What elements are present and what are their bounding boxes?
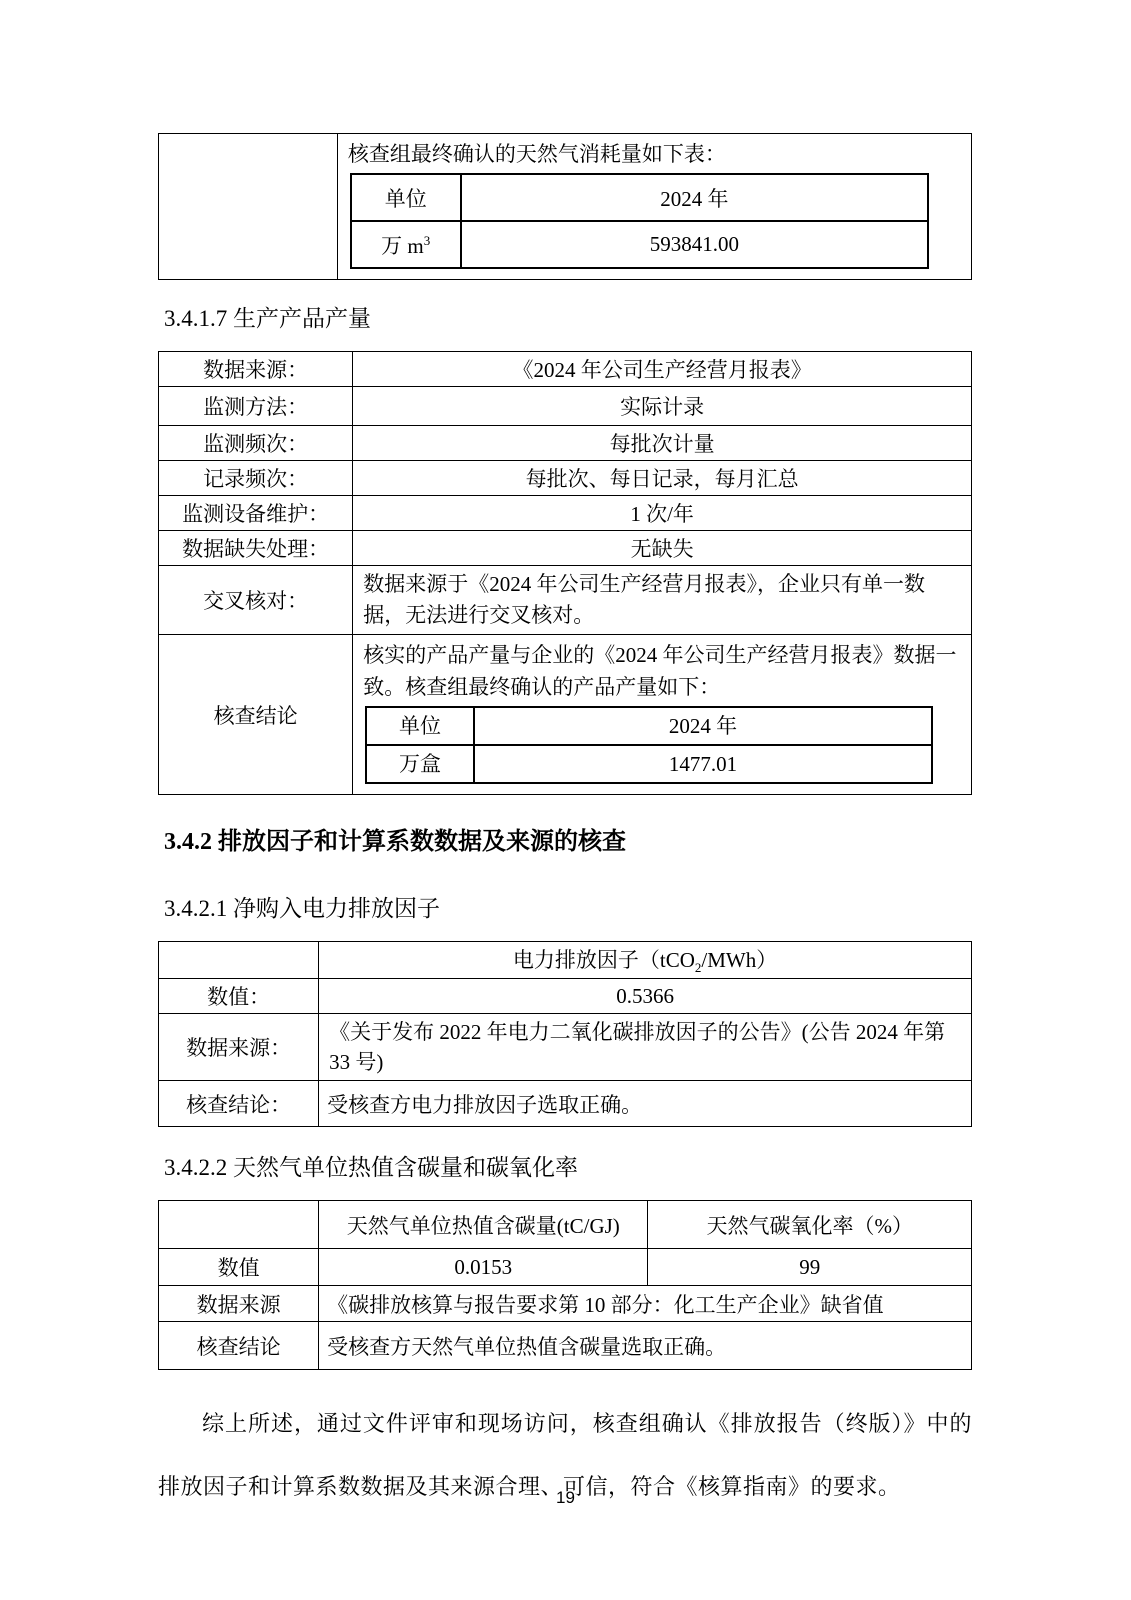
unit-header-cell: 单位	[351, 174, 461, 221]
row-label: 数据来源：	[159, 1014, 319, 1081]
gas-carbon-table: 天然气单位热值含碳量(tC/GJ) 天然气碳氧化率（%） 数值 0.0153 9…	[158, 1200, 972, 1370]
document-page: 核查组最终确认的天然气消耗量如下表： 单位 2024 年 万 m3 593841…	[0, 0, 1131, 1600]
row-label: 交叉核对：	[159, 566, 353, 635]
product-conclusion-text: 核实的产品产量与企业的《2024 年公司生产经营月报表》数据一致。核查组最终确认…	[363, 639, 961, 703]
carbon-content-value: 0.0153	[319, 1249, 648, 1286]
table-row: 监测方法： 实际计录	[159, 387, 972, 426]
section-heading-3422: 3.4.2.2 天然气单位热值含碳量和碳氧化率	[164, 1149, 972, 1182]
row-value: 《2024 年公司生产经营月报表》	[353, 352, 972, 387]
row-label: 数据来源：	[159, 352, 353, 387]
gas-value-cell: 593841.00	[461, 221, 929, 268]
row-value: 无缺失	[353, 531, 972, 566]
product-values-nested-table: 单位 2024 年 万盒 1477.01	[365, 706, 933, 784]
row-label: 数值：	[159, 979, 319, 1014]
row-value: 实际计录	[353, 387, 972, 426]
table-row: 数值 0.0153 99	[159, 1249, 972, 1286]
table-row: 数据来源： 《关于发布 2022 年电力二氧化碳排放因子的公告》(公告 2024…	[159, 1014, 972, 1081]
row-value: 每批次、每日记录，每月汇总	[353, 461, 972, 496]
table-row: 核查结论 核实的产品产量与企业的《2024 年公司生产经营月报表》数据一致。核查…	[159, 635, 972, 795]
section-heading-3417: 3.4.1.7 生产产品产量	[164, 300, 972, 333]
table-row: 万 m3 593841.00	[351, 221, 928, 268]
header-text: 电力排放因子（tCO	[513, 948, 695, 972]
row-label: 核查结论	[159, 635, 353, 795]
product-output-table: 数据来源： 《2024 年公司生产经营月报表》 监测方法： 实际计录 监测频次：…	[158, 351, 972, 795]
table-row: 数据来源： 《2024 年公司生产经营月报表》	[159, 352, 972, 387]
table-row: 监测频次： 每批次计量	[159, 426, 972, 461]
table-row: 万盒 1477.01	[366, 745, 932, 783]
product-unit-cell: 万盒	[366, 745, 474, 783]
gas-unit-superscript: 3	[424, 233, 431, 248]
gas-values-nested-table: 单位 2024 年 万 m3 593841.00	[350, 173, 929, 269]
section-heading-342: 3.4.2 排放因子和计算系数数据及来源的核查	[164, 821, 972, 856]
oxidation-rate-header: 天然气碳氧化率（%）	[648, 1201, 972, 1249]
table-row: 电力排放因子（tCO2/MWh）	[159, 942, 972, 979]
empty-header-cell	[159, 942, 319, 979]
electricity-factor-header: 电力排放因子（tCO2/MWh）	[319, 942, 972, 979]
table-row: 单位 2024 年	[351, 174, 928, 221]
section-heading-3421: 3.4.2.1 净购入电力排放因子	[164, 890, 972, 923]
product-value-cell: 1477.01	[474, 745, 932, 783]
factor-value: 0.5366	[319, 979, 972, 1014]
row-label: 核查结论：	[159, 1081, 319, 1127]
row-label: 核查结论	[159, 1322, 319, 1370]
gas-table-intro: 核查组最终确认的天然气消耗量如下表：	[348, 138, 961, 170]
factor-conclusion: 受核查方电力排放因子选取正确。	[319, 1081, 972, 1127]
gas-conclusion: 受核查方天然气单位热值含碳量选取正确。	[319, 1322, 972, 1370]
oxidation-rate-value: 99	[648, 1249, 972, 1286]
factor-source: 《关于发布 2022 年电力二氧化碳排放因子的公告》(公告 2024 年第 33…	[319, 1014, 972, 1081]
table-row: 监测设备维护： 1 次/年	[159, 496, 972, 531]
row-label: 数值	[159, 1249, 319, 1286]
table-row: 数据来源 《碳排放核算与报告要求第 10 部分：化工生产企业》缺省值	[159, 1286, 972, 1322]
header-text: /MWh）	[701, 948, 777, 972]
table-row: 交叉核对： 数据来源于《2024 年公司生产经营月报表》，企业只有单一数据，无法…	[159, 566, 972, 635]
table-row: 核查组最终确认的天然气消耗量如下表： 单位 2024 年 万 m3 593841…	[159, 134, 972, 280]
gas-unit-cell: 万 m3	[351, 221, 461, 268]
carbon-content-header: 天然气单位热值含碳量(tC/GJ)	[319, 1201, 648, 1249]
page-number: 19	[0, 1488, 1131, 1508]
year-header-cell: 2024 年	[461, 174, 929, 221]
year-header-cell: 2024 年	[474, 707, 932, 745]
row-label: 监测方法：	[159, 387, 353, 426]
gas-conclusion-cell: 核查组最终确认的天然气消耗量如下表： 单位 2024 年 万 m3 593841…	[337, 134, 971, 280]
electricity-factor-table: 电力排放因子（tCO2/MWh） 数值： 0.5366 数据来源： 《关于发布 …	[158, 941, 972, 1127]
unit-header-cell: 单位	[366, 707, 474, 745]
page-content: 核查组最终确认的天然气消耗量如下表： 单位 2024 年 万 m3 593841…	[0, 0, 1131, 1518]
table-row: 核查结论： 受核查方电力排放因子选取正确。	[159, 1081, 972, 1127]
empty-spanning-cell	[159, 134, 338, 280]
table-row: 核查结论 受核查方天然气单位热值含碳量选取正确。	[159, 1322, 972, 1370]
gas-consumption-table: 核查组最终确认的天然气消耗量如下表： 单位 2024 年 万 m3 593841…	[158, 133, 972, 280]
row-label: 数据来源	[159, 1286, 319, 1322]
table-row: 数据缺失处理： 无缺失	[159, 531, 972, 566]
cross-check-value: 数据来源于《2024 年公司生产经营月报表》，企业只有单一数据，无法进行交叉核对…	[353, 566, 972, 635]
gas-source: 《碳排放核算与报告要求第 10 部分：化工生产企业》缺省值	[319, 1286, 972, 1322]
row-value: 每批次计量	[353, 426, 972, 461]
table-row: 单位 2024 年	[366, 707, 932, 745]
gas-unit-text: 万 m	[381, 234, 424, 258]
row-label: 记录频次：	[159, 461, 353, 496]
product-conclusion-cell: 核实的产品产量与企业的《2024 年公司生产经营月报表》数据一致。核查组最终确认…	[353, 635, 972, 795]
empty-header-cell	[159, 1201, 319, 1249]
row-label: 监测频次：	[159, 426, 353, 461]
row-label: 监测设备维护：	[159, 496, 353, 531]
row-label: 数据缺失处理：	[159, 531, 353, 566]
table-row: 天然气单位热值含碳量(tC/GJ) 天然气碳氧化率（%）	[159, 1201, 972, 1249]
table-row: 数值： 0.5366	[159, 979, 972, 1014]
row-value: 1 次/年	[353, 496, 972, 531]
table-row: 记录频次： 每批次、每日记录，每月汇总	[159, 461, 972, 496]
